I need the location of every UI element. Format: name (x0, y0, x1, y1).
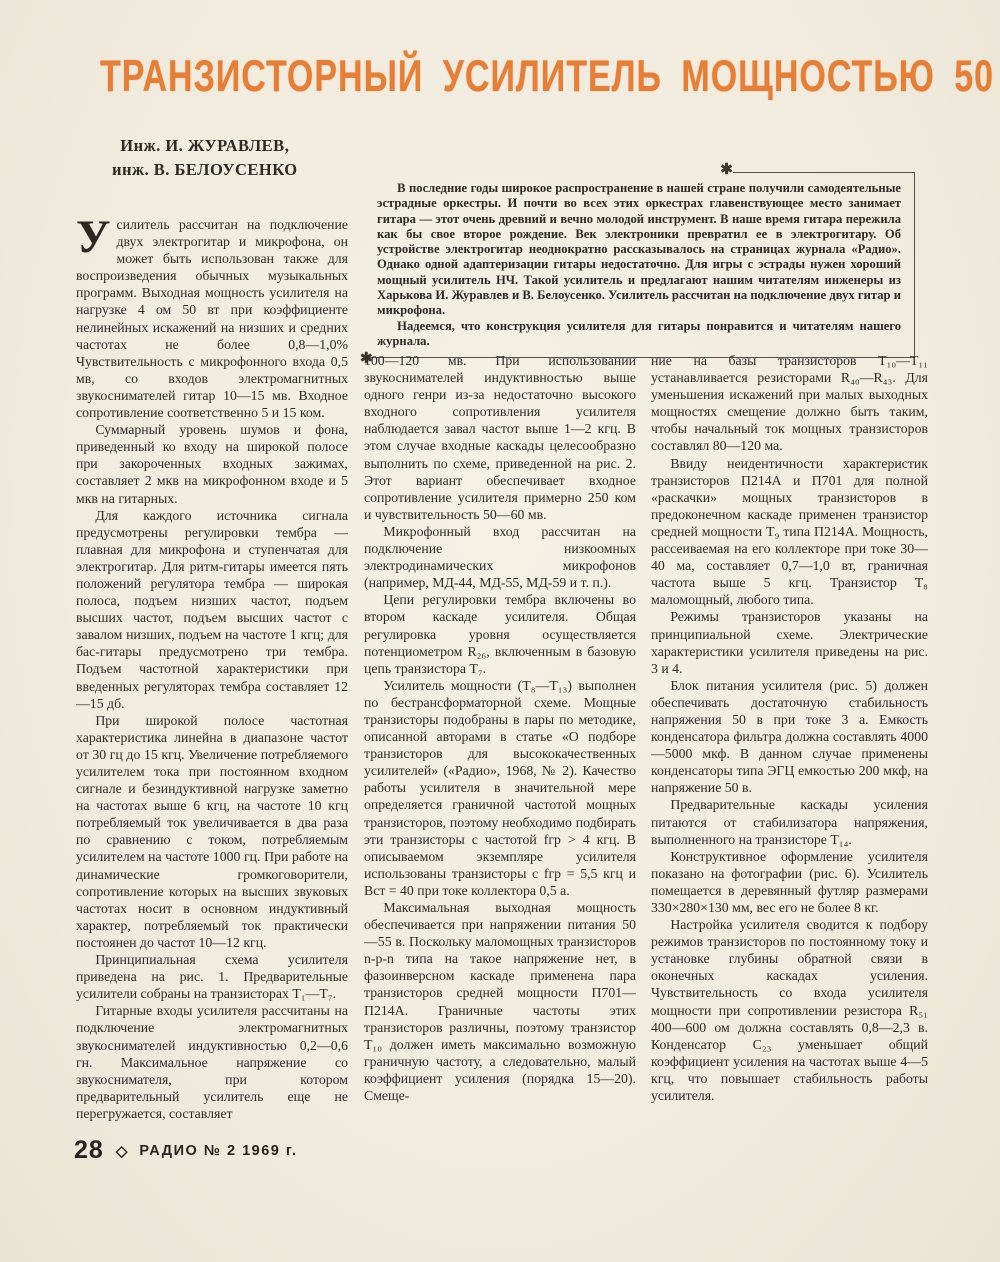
paragraph: Суммарный уровень шумов и фона, приведен… (76, 421, 348, 506)
editorial-note-box: ✱ ✱ В последние годы широкое распростран… (365, 172, 915, 358)
paragraph: Для каждого источника сигнала предусмотр… (76, 507, 348, 712)
author-line-2: инж. В. БЕЛОУСЕНКО (112, 158, 298, 182)
text-column-3: ние на базы транзисторов Т₁₀—Т₁₁ устанав… (651, 352, 928, 1140)
paragraph: 100—120 мв. При использовании звукоснима… (364, 352, 636, 523)
paragraph: Режимы транзисторов указаны на принципиа… (651, 608, 928, 676)
diamond-icon: ◇ (116, 1142, 128, 1160)
note-top-border (733, 172, 914, 173)
paragraph: Гитарные входы усилителя рассчитаны на п… (76, 1002, 348, 1122)
article-title: ТРАНЗИСТОРНЫЙ УСИЛИТЕЛЬ МОЩНОСТЬЮ 50 ВТ (100, 52, 900, 103)
paragraph: Принципиальная схема усилителя приведена… (76, 951, 348, 1002)
paragraph: При широкой полосе частотная характерист… (76, 712, 348, 951)
paragraph: Настройка усилителя сводится к подбору р… (651, 916, 928, 1104)
paragraph: Максимальная выходная мощность обеспечив… (364, 899, 636, 1104)
page-number: 28 (74, 1136, 104, 1165)
author-block: Инж. И. ЖУРАВЛЕВ, инж. В. БЕЛОУСЕНКО (112, 134, 298, 182)
paragraph: Микрофонный вход рассчитан на подключени… (364, 523, 636, 591)
author-line-1: Инж. И. ЖУРАВЛЕВ, (112, 134, 298, 158)
paragraph: Усилитель рассчитан на подключение двух … (76, 216, 348, 421)
note-paragraph: Надеемся, что конструкция усилителя для … (377, 319, 901, 350)
magazine-page: ТРАНЗИСТОРНЫЙ УСИЛИТЕЛЬ МОЩНОСТЬЮ 50 ВТ … (0, 0, 1000, 1262)
paragraph: Усилитель мощности (Т₈—Т₁₃) выполнен по … (364, 677, 636, 899)
note-paragraph: В последние годы широкое распространение… (377, 181, 901, 319)
journal-issue-label: РАДИО № 2 1969 г. (139, 1143, 297, 1159)
text-column-1: Усилитель рассчитан на подключение двух … (76, 216, 348, 1138)
paragraph: Предварительные каскады усиления питаютс… (651, 796, 928, 847)
text-column-2: 100—120 мв. При использовании звукоснима… (364, 352, 636, 1140)
dropcap-letter: У (76, 216, 117, 256)
paragraph: Цепи регулировки тембра включены во втор… (364, 591, 636, 676)
paragraph: Конструктивное оформление усилителя пока… (651, 848, 928, 916)
paragraph-text: силитель рассчитан на подключение двух э… (76, 217, 348, 420)
paragraph: Ввиду неидентичности характеристик транз… (651, 455, 928, 609)
star-icon: ✱ (720, 163, 733, 178)
paragraph: Блок питания усилителя (рис. 5) должен о… (651, 677, 928, 797)
paragraph: ние на базы транзисторов Т₁₀—Т₁₁ устанав… (651, 352, 928, 455)
page-footer: 28 ◇ РАДИО № 2 1969 г. (74, 1136, 298, 1165)
